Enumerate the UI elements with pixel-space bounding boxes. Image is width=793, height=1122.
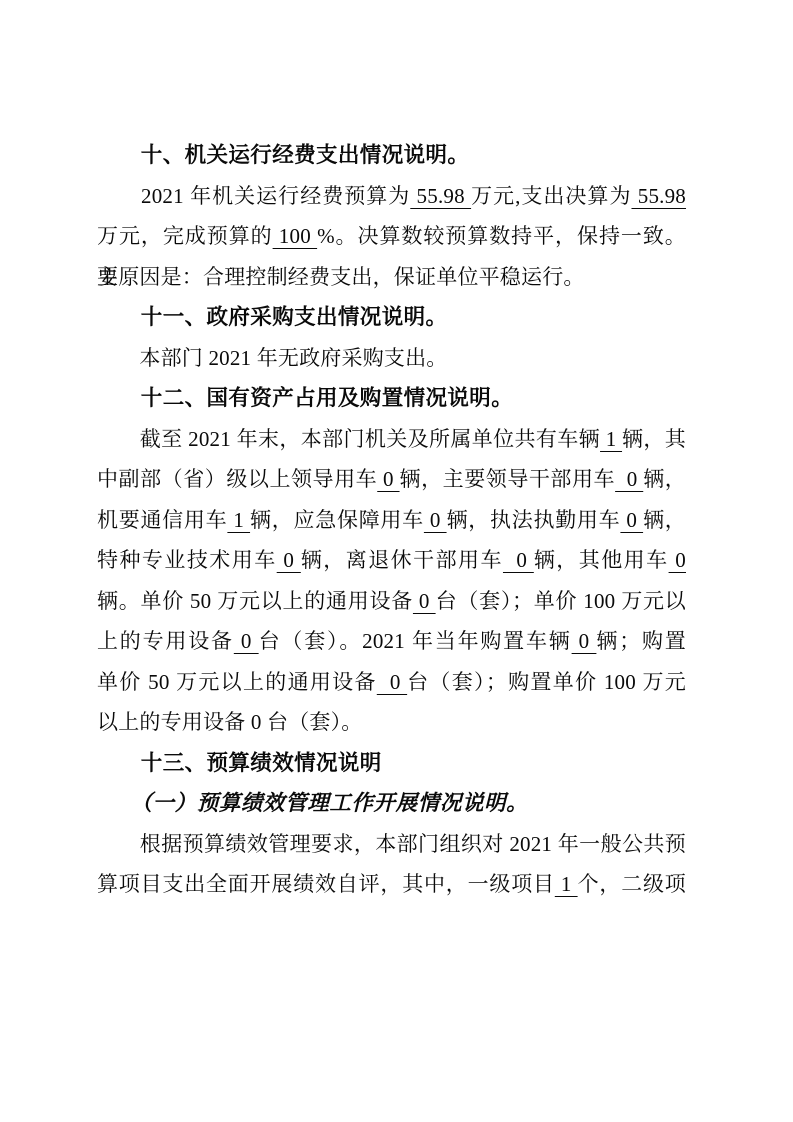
text-run: 十三、预算绩效情况说明 bbox=[97, 751, 382, 775]
text-run: 辆；购置 bbox=[596, 629, 686, 653]
underlined-value: 0 bbox=[615, 467, 643, 491]
text-line: 中副部（省）级以上领导用车 0 辆，主要领导干部用车 0 辆， bbox=[97, 459, 686, 500]
text-run: 辆，主要领导干部用车 bbox=[400, 467, 616, 491]
text-line: 上的专用设备 0 台（套）。2021 年当年购置车辆 0 辆；购置 bbox=[97, 621, 686, 662]
underlined-value: 55.98 bbox=[631, 184, 686, 208]
text-run: 2021 年机关运行经费预算为 bbox=[97, 184, 410, 208]
text-run: 辆， bbox=[643, 508, 686, 532]
text-run: 中副部（省）级以上领导用车 bbox=[97, 467, 377, 491]
text-run: 截至 2021 年末，本部门机关及所属单位共有车辆 bbox=[97, 427, 600, 451]
text-run: 特种专业技术用车 bbox=[97, 548, 277, 572]
text-run: 十、机关运行经费支出情况说明。 bbox=[97, 143, 469, 167]
text-line: 算项目支出全面开展绩效自评，其中，一级项目 1 个，二级项 bbox=[97, 864, 686, 905]
underlined-value: 1 bbox=[227, 508, 250, 532]
text-run: 机要通信用车 bbox=[97, 508, 227, 532]
underlined-value: 0 bbox=[424, 508, 447, 532]
underlined-value: 1 bbox=[555, 872, 578, 896]
text-run: 根据预算绩效管理要求，本部门组织对 2021 年一般公共预 bbox=[97, 832, 686, 856]
section-heading: 十、机关运行经费支出情况说明。 bbox=[97, 135, 686, 176]
text-run: 辆， bbox=[643, 467, 686, 491]
text-run: 个，二级项 bbox=[578, 872, 686, 896]
text-run: 本部门 2021 年无政府采购支出。 bbox=[97, 346, 448, 370]
underlined-value: 0 bbox=[669, 548, 686, 572]
underlined-value: 1 bbox=[600, 427, 622, 451]
text-line: 根据预算绩效管理要求，本部门组织对 2021 年一般公共预 bbox=[97, 824, 686, 865]
text-run: 单价 50 万元以上的通用设备 bbox=[97, 670, 377, 694]
section-heading: 十二、国有资产占用及购置情况说明。 bbox=[97, 378, 686, 419]
text-run: 十一、政府采购支出情况说明。 bbox=[97, 305, 447, 329]
sub-section-heading: （一）预算绩效管理工作开展情况说明。 bbox=[97, 783, 686, 824]
underlined-value: 0 bbox=[620, 508, 643, 532]
text-run: 辆，其 bbox=[622, 427, 686, 451]
text-line: 本部门 2021 年无政府采购支出。 bbox=[97, 338, 686, 379]
text-run: 十二、国有资产占用及购置情况说明。 bbox=[97, 386, 513, 410]
text-run: 台（套）。2021 年当年购置车辆 bbox=[259, 629, 572, 653]
text-run: 要原因是：合理控制经费支出，保证单位平稳运行。 bbox=[97, 265, 585, 289]
underlined-value: 55.98 bbox=[410, 184, 471, 208]
text-run: 辆。单价 50 万元以上的通用设备 bbox=[97, 589, 413, 613]
underlined-value: 0 bbox=[377, 670, 407, 694]
text-run: 算项目支出全面开展绩效自评，其中，一级项目 bbox=[97, 872, 555, 896]
underlined-value: 0 bbox=[377, 467, 399, 491]
text-line: 单价 50 万元以上的通用设备 0 台（套）；购置单价 100 万元 bbox=[97, 662, 686, 703]
section-heading: 十三、预算绩效情况说明 bbox=[97, 743, 686, 784]
text-line: 要原因是：合理控制经费支出，保证单位平稳运行。 bbox=[97, 257, 686, 298]
text-run: 辆，执法执勤用车 bbox=[447, 508, 621, 532]
underlined-value: 100 bbox=[273, 224, 318, 248]
section-heading: 十一、政府采购支出情况说明。 bbox=[97, 297, 686, 338]
text-run: 辆，其他用车 bbox=[534, 548, 669, 572]
text-line: 万元，完成预算的 100 %。决算数较预算数持平，保持一致。主 bbox=[97, 216, 686, 257]
text-line: 机要通信用车 1 辆，应急保障用车 0 辆，执法执勤用车 0 辆， bbox=[97, 500, 686, 541]
text-run: 万元,支出决算为 bbox=[471, 184, 631, 208]
underlined-value: 0 bbox=[503, 548, 534, 572]
text-run: 辆，应急保障用车 bbox=[250, 508, 424, 532]
text-run: 以上的专用设备 0 台（套）。 bbox=[97, 710, 363, 734]
document-page: 十、机关运行经费支出情况说明。 2021 年机关运行经费预算为 55.98 万元… bbox=[0, 0, 793, 1122]
text-run: 上的专用设备 bbox=[97, 629, 234, 653]
text-run: 台（套）；购置单价 100 万元 bbox=[407, 670, 686, 694]
text-run: 辆，离退休干部用车 bbox=[301, 548, 503, 572]
text-line: 截至 2021 年末，本部门机关及所属单位共有车辆 1 辆，其 bbox=[97, 419, 686, 460]
text-line: 以上的专用设备 0 台（套）。 bbox=[97, 702, 686, 743]
text-line: 特种专业技术用车 0 辆，离退休干部用车 0 辆，其他用车 0 bbox=[97, 540, 686, 581]
text-line: 2021 年机关运行经费预算为 55.98 万元,支出决算为 55.98 bbox=[97, 176, 686, 217]
underlined-value: 0 bbox=[413, 589, 436, 613]
text-run: （一）预算绩效管理工作开展情况说明。 bbox=[97, 791, 528, 815]
text-run: 万元，完成预算的 bbox=[97, 224, 273, 248]
underlined-value: 0 bbox=[572, 629, 597, 653]
text-block: 十、机关运行经费支出情况说明。 2021 年机关运行经费预算为 55.98 万元… bbox=[97, 135, 686, 905]
text-run: 台（套）；单价 100 万元以 bbox=[436, 589, 686, 613]
text-line: 辆。单价 50 万元以上的通用设备 0 台（套）；单价 100 万元以 bbox=[97, 581, 686, 622]
underlined-value: 0 bbox=[234, 629, 259, 653]
underlined-value: 0 bbox=[277, 548, 301, 572]
